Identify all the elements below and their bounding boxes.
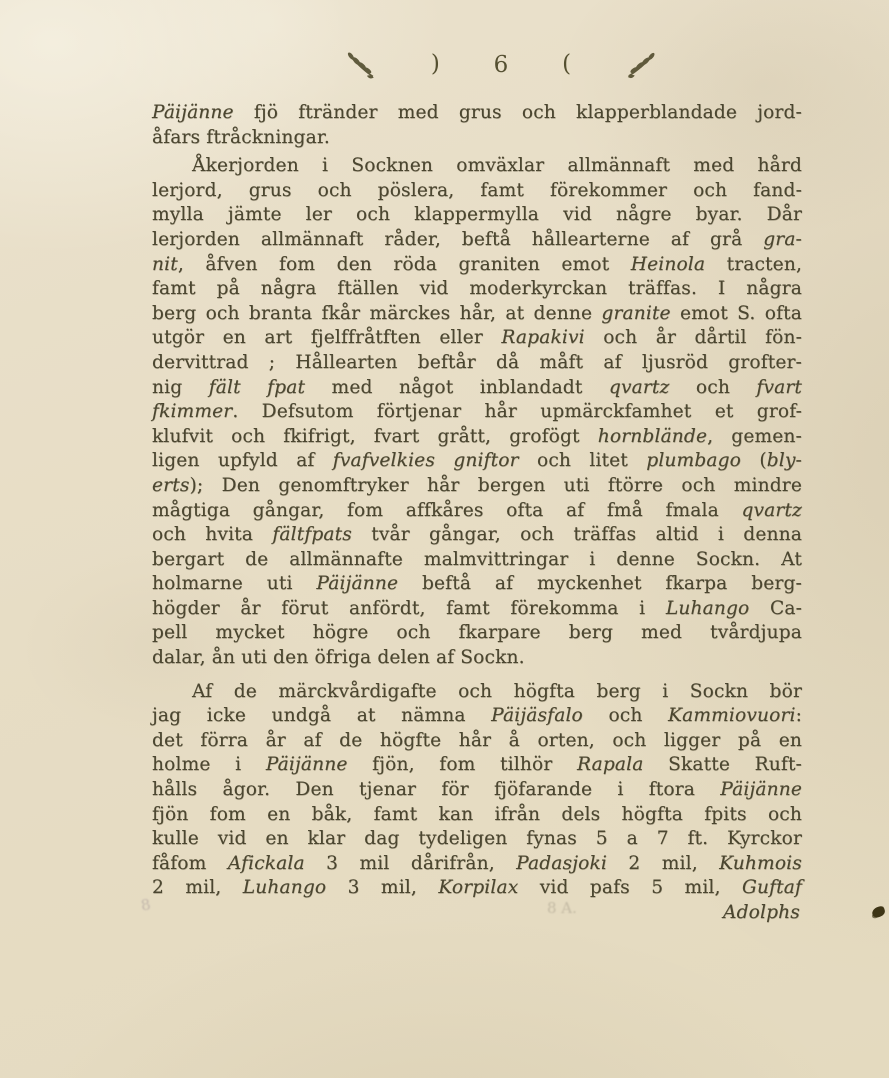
paragraph-2: Åkerjorden i Socknen omväxlar allmännaft… [152, 154, 802, 670]
text-line: dalar, ån uti den öfriga delen af Sockn. [152, 646, 802, 671]
paragraph-3: Af de märckvårdigafte och högfta berg i … [152, 680, 802, 901]
text-line: Päijänne fjö ftränder med grus och klapp… [152, 101, 802, 126]
page-number-open-bracket: ) [431, 51, 440, 77]
floral-sprig-icon [624, 50, 660, 80]
text-line: utgör en art fjelffråtften eller Rapakiv… [152, 326, 802, 351]
text-line: och hvita fältfpats tvår gångar, och trä… [152, 523, 802, 548]
catchword: Adolphs [152, 901, 802, 926]
faint-bleedthrough-mark: 8 A. [547, 899, 577, 917]
text-line: holme i Päijänne fjön, fom tilhör Rapala… [152, 753, 802, 778]
page-number: 6 [494, 52, 509, 78]
text-line: jag icke undgå at nämna Päijäsfalo och K… [152, 704, 802, 729]
text-line: ligen upfyld af fvafvelkies gniftor och … [152, 449, 802, 474]
text-line: det förra år af de högfte hår å orten, o… [152, 729, 802, 754]
text-line: kulle vid en klar dag tydeligen fynas 5 … [152, 827, 802, 852]
paragraph-1: Päijänne fjö ftränder med grus och klapp… [152, 101, 802, 150]
text-line: bergart de allmännafte malmvittringar i … [152, 548, 802, 573]
floral-sprig-icon [342, 49, 379, 80]
text-line: berg och branta fkår märckes hår, at den… [152, 302, 802, 327]
text-line: Af de märckvårdigafte och högfta berg i … [152, 680, 802, 705]
text-block: Päijänne fjö ftränder med grus och klapp… [152, 101, 802, 926]
text-line: lerjord, grus och pöslera, famt förekomm… [152, 179, 802, 204]
text-line: nig fält fpat med något inblandadt qvart… [152, 376, 802, 401]
text-line: fåfom Afickala 3 mil dårifrån, Padasjoki… [152, 852, 802, 877]
text-line: pell mycket högre och fkarpare berg med … [152, 621, 802, 646]
text-line: klufvit och fkifrigt, fvart grått, grofö… [152, 425, 802, 450]
text-line: högder år förut anfördt, famt förekomma … [152, 597, 802, 622]
text-line: lerjorden allmännaft råder, beftå hållea… [152, 228, 802, 253]
page-number-close-bracket: ( [562, 51, 571, 77]
text-line: Åkerjorden i Socknen omväxlar allmännaft… [152, 154, 802, 179]
page-header: ) 6 ( [343, 48, 659, 82]
text-line: nit, åfven fom den röda graniten emot He… [152, 253, 802, 278]
faint-bleedthrough-mark: 8 [140, 895, 153, 914]
text-line: 2 mil, Luhango 3 mil, Korpilax vid pafs … [152, 876, 802, 901]
text-line: mågtiga gångar, fom affkåres ofta af fmå… [152, 499, 802, 524]
text-line: åfars ftråckningar. [152, 126, 802, 151]
book-page: ) 6 ( Päijänne fjö ftränder med grus och… [0, 0, 889, 1078]
text-line: dervittrad ; Hållearten beftår då måft a… [152, 351, 802, 376]
text-line: holmarne uti Päijänne beftå af myckenhet… [152, 572, 802, 597]
ink-speck [871, 905, 886, 919]
paragraphs-container: Päijänne fjö ftränder med grus och klapp… [152, 101, 802, 901]
text-line: mylla jämte ler och klappermylla vid någ… [152, 203, 802, 228]
text-line: famt på några ftällen vid moderkyrckan t… [152, 277, 802, 302]
text-line: erts); Den genomftryker hår bergen uti f… [152, 474, 802, 499]
text-line: hålls ågor. Den tjenar för fjöfarande i … [152, 778, 802, 803]
text-line: fjön fom en båk, famt kan ifrån dels hög… [152, 803, 802, 828]
text-line: fkimmer. Defsutom förtjenar hår upmärckf… [152, 400, 802, 425]
